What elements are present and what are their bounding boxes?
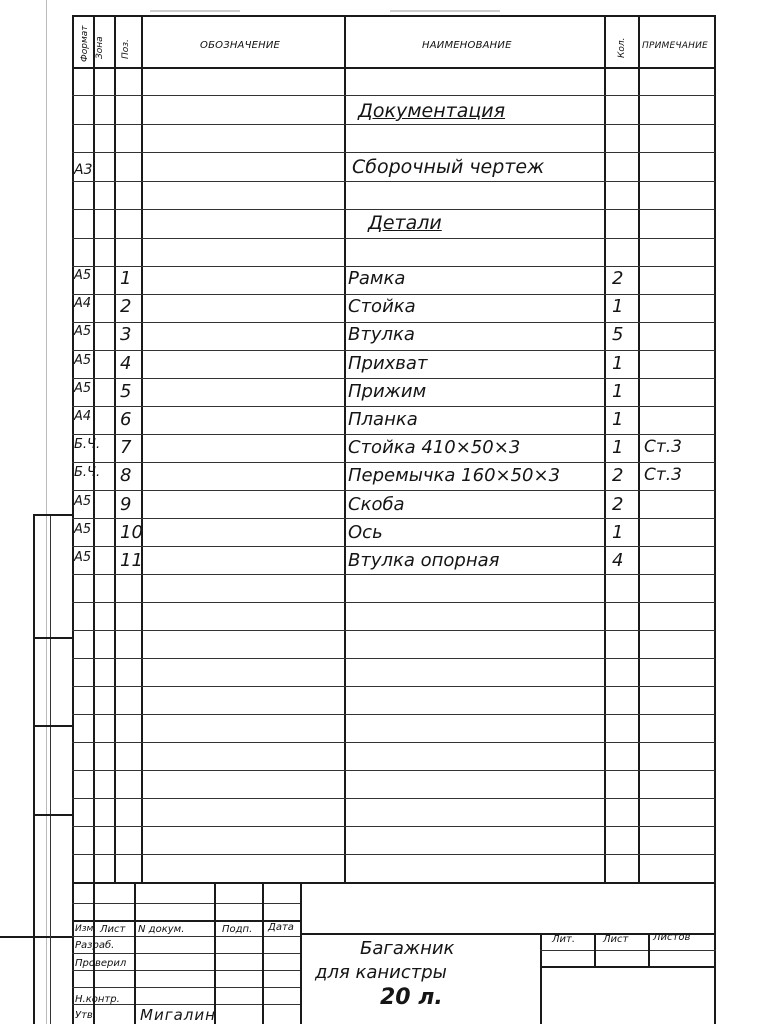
row-position: 1 xyxy=(120,268,131,289)
row-format: А5 xyxy=(74,353,91,368)
grid-line xyxy=(72,936,301,937)
grid-line xyxy=(72,854,715,855)
grid-line xyxy=(72,350,715,351)
grid-line xyxy=(72,970,301,971)
grid-line xyxy=(262,882,264,1024)
grid-line xyxy=(72,574,715,575)
grid-line xyxy=(72,406,715,407)
tb-kkontr: Н.контр. xyxy=(75,994,120,1005)
grid-line xyxy=(72,434,715,435)
grid-line xyxy=(72,490,715,491)
grid-line xyxy=(72,15,715,17)
tb-utv: Утв. xyxy=(75,1010,96,1021)
grid-line xyxy=(540,966,716,968)
row-name: Прихват xyxy=(348,353,427,374)
scan-smudge xyxy=(150,10,240,12)
row-name: Втулка опорная xyxy=(348,550,499,571)
grid-line xyxy=(72,686,715,687)
row-format: А4 xyxy=(74,296,91,311)
header-note: ПРИМЕЧАНИЕ xyxy=(642,41,708,51)
grid-line xyxy=(72,152,715,153)
grid-line xyxy=(72,714,715,715)
row-quantity: 4 xyxy=(612,550,623,571)
row-format: А5 xyxy=(74,522,91,537)
row-format: А5 xyxy=(74,268,91,283)
row-position: 4 xyxy=(120,353,131,374)
grid-line xyxy=(594,933,596,966)
grid-line xyxy=(72,462,715,463)
scan-edge-line xyxy=(46,0,47,1024)
row-format: Б.Ч. xyxy=(74,437,100,452)
header-name: НАИМЕНОВАНИЕ xyxy=(422,40,512,51)
grid-line xyxy=(72,630,715,631)
row-quantity: 5 xyxy=(612,324,623,345)
row-name: Ось xyxy=(348,522,383,543)
row-format: Б.Ч. xyxy=(74,465,100,480)
row-quantity: 1 xyxy=(612,409,623,430)
row-position: 11 xyxy=(120,550,143,571)
header-qty: Кол. xyxy=(617,28,627,58)
grid-line xyxy=(72,209,715,210)
grid-line xyxy=(72,826,715,827)
assembly-format: А3 xyxy=(74,162,92,178)
grid-line xyxy=(72,882,715,884)
row-format: А5 xyxy=(74,550,91,565)
section-parts: Детали xyxy=(368,212,442,234)
row-position: 2 xyxy=(120,296,131,317)
grid-line xyxy=(72,770,715,771)
row-position: 3 xyxy=(120,324,131,345)
tb-title-line2: для канистры xyxy=(315,962,447,983)
grid-line xyxy=(214,882,216,1024)
grid-line xyxy=(72,95,715,96)
grid-line xyxy=(72,322,715,323)
grid-line xyxy=(72,181,715,182)
grid-line xyxy=(72,546,715,547)
grid-line xyxy=(134,882,136,1024)
tb-izm: Изм. xyxy=(75,924,96,934)
row-quantity: 1 xyxy=(612,437,623,458)
grid-line xyxy=(714,15,716,883)
tb-sheets: Листов xyxy=(653,932,690,943)
tb-ndokum: N докум. xyxy=(138,924,184,935)
header-designation: ОБОЗНАЧЕНИЕ xyxy=(200,40,280,51)
row-quantity: 2 xyxy=(612,465,623,486)
tb-title-line3: 20 л. xyxy=(380,985,443,1010)
tb-lit: Лит. xyxy=(552,934,575,945)
grid-line xyxy=(72,294,715,295)
row-position: 6 xyxy=(120,409,131,430)
header-format: Формат xyxy=(80,12,90,62)
grid-line xyxy=(714,882,716,1024)
row-position: 7 xyxy=(120,437,131,458)
grid-line xyxy=(72,798,715,799)
row-position: 10 xyxy=(120,522,143,543)
header-pos: Поз. xyxy=(121,27,131,59)
grid-line xyxy=(72,742,715,743)
grid-line xyxy=(72,987,301,988)
grid-line xyxy=(50,514,51,1024)
grid-line xyxy=(72,658,715,659)
row-name: Втулка xyxy=(348,324,415,345)
grid-line xyxy=(0,936,72,938)
row-name: Скоба xyxy=(348,494,405,515)
grid-line xyxy=(72,602,715,603)
row-format: А4 xyxy=(74,409,91,424)
row-name: Планка xyxy=(348,409,418,430)
tb-sheet: Лист xyxy=(603,934,628,945)
row-position: 5 xyxy=(120,381,131,402)
grid-line xyxy=(141,15,143,883)
row-name: Прижим xyxy=(348,381,426,402)
grid-line xyxy=(72,378,715,379)
grid-line xyxy=(33,514,73,516)
grid-line xyxy=(33,725,73,727)
tb-data: Дата xyxy=(268,922,294,933)
grid-line xyxy=(540,933,542,1024)
grid-line xyxy=(33,514,35,1024)
grid-line xyxy=(72,124,715,125)
grid-line xyxy=(72,67,715,69)
tb-title-line1: Багажник xyxy=(360,938,454,959)
grid-line xyxy=(72,266,715,267)
grid-line xyxy=(33,814,73,816)
grid-line xyxy=(648,933,650,966)
row-position: 9 xyxy=(120,494,131,515)
row-name: Стойка 410×50×3 xyxy=(348,437,520,458)
row-note: Ст.3 xyxy=(644,465,682,485)
row-name: Стойка xyxy=(348,296,416,317)
tb-utv-name: Мигалин xyxy=(140,1006,216,1024)
grid-line xyxy=(72,903,301,904)
grid-line xyxy=(33,637,73,639)
grid-line xyxy=(344,15,346,883)
row-name: Перемычка 160×50×3 xyxy=(348,465,560,486)
row-quantity: 1 xyxy=(612,353,623,374)
grid-line xyxy=(638,15,640,883)
row-quantity: 1 xyxy=(612,381,623,402)
row-quantity: 2 xyxy=(612,268,623,289)
row-quantity: 1 xyxy=(612,522,623,543)
assembly-drawing: Сборочный чертеж xyxy=(352,156,544,178)
grid-line xyxy=(300,882,302,1024)
tb-razrab: Разраб. xyxy=(75,940,114,951)
row-format: А5 xyxy=(74,494,91,509)
grid-line xyxy=(72,238,715,239)
grid-line xyxy=(114,15,116,883)
tb-proveril: Проверил xyxy=(75,958,126,969)
grid-line xyxy=(604,15,606,883)
grid-line xyxy=(72,953,301,954)
section-documentation: Документация xyxy=(358,100,505,122)
tb-list: Лист xyxy=(100,924,125,935)
header-zone: Зона xyxy=(95,19,105,59)
row-position: 8 xyxy=(120,465,131,486)
grid-line xyxy=(540,950,716,951)
scan-smudge xyxy=(390,10,500,12)
grid-line xyxy=(72,518,715,519)
grid-line xyxy=(72,920,301,922)
tb-podp: Подп. xyxy=(222,924,252,935)
row-quantity: 2 xyxy=(612,494,623,515)
row-format: А5 xyxy=(74,324,91,339)
row-name: Рамка xyxy=(348,268,405,289)
row-note: Ст.3 xyxy=(644,437,682,457)
row-quantity: 1 xyxy=(612,296,623,317)
row-format: А5 xyxy=(74,381,91,396)
